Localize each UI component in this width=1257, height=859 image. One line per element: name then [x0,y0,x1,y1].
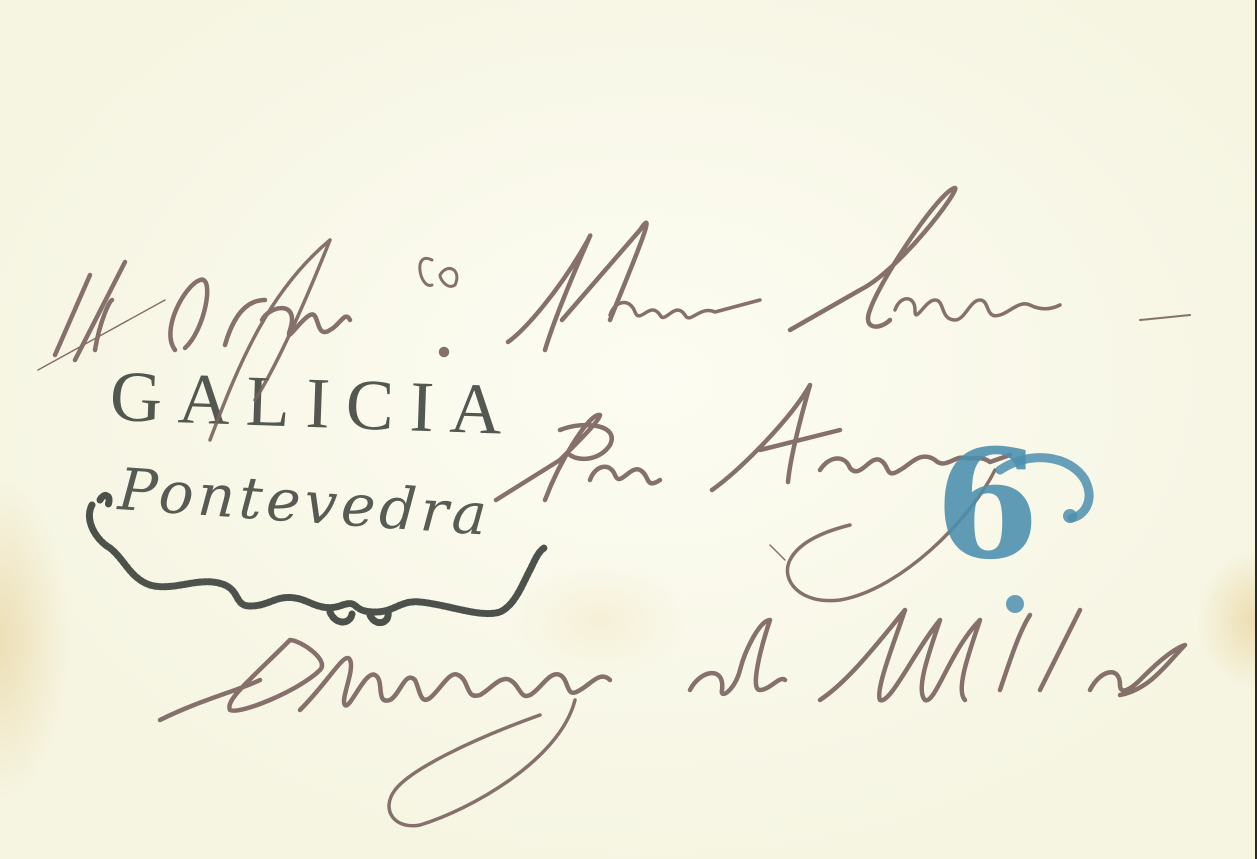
rate-mark-flourish [0,0,1257,859]
envelope-cover: GALICIA Pontevedra [0,0,1257,859]
